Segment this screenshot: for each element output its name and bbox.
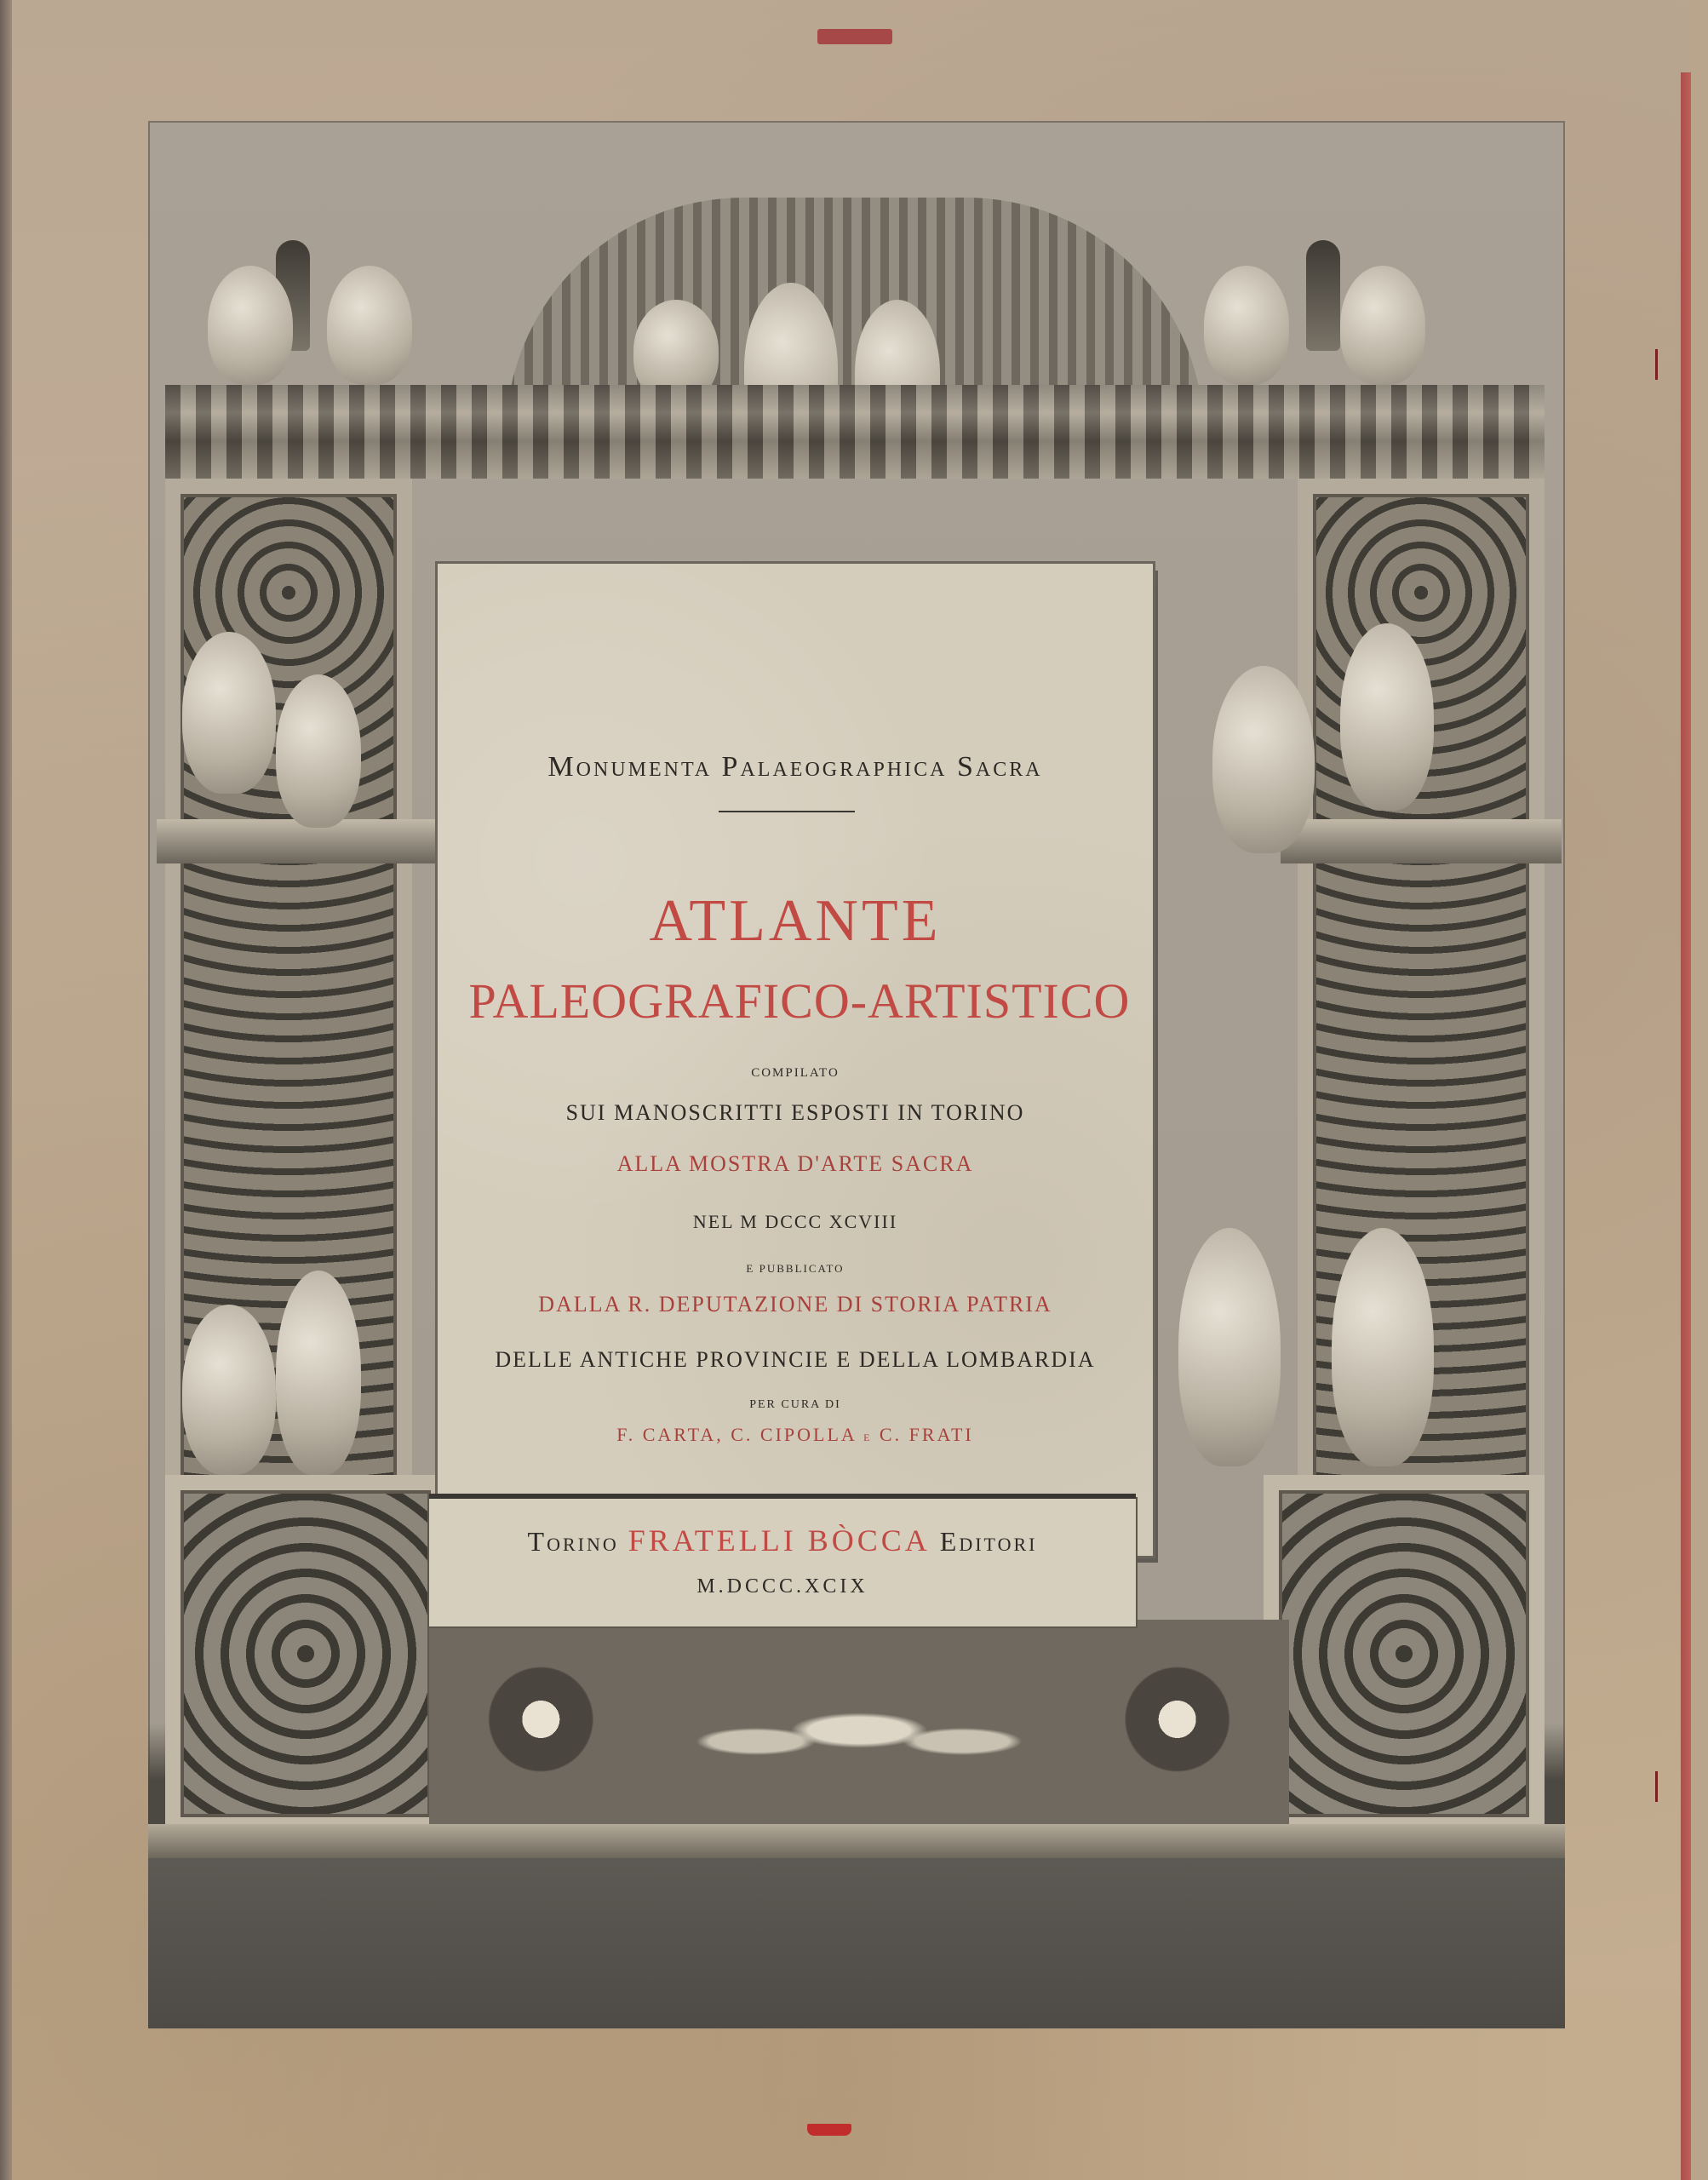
main-title-line2: PALEOGRAFICO-ARTISTICO <box>421 972 1178 1030</box>
floor <box>148 1858 1565 2028</box>
title-tablet: Monumenta Palaeographica Sacra ATLANTE P… <box>438 564 1153 1556</box>
book-left-edge <box>0 0 12 2180</box>
book-cover-board: Monumenta Palaeographica Sacra ATLANTE P… <box>12 0 1691 2180</box>
cherub-figure <box>1332 1228 1434 1466</box>
publisher-city: Torino <box>528 1526 619 1557</box>
cherub-figure <box>327 266 412 385</box>
left-ledge <box>157 819 438 863</box>
cherub-figure <box>182 1305 276 1475</box>
right-pilaster <box>1298 479 1545 1620</box>
plinth <box>148 1824 1565 1858</box>
cornice <box>165 385 1545 479</box>
provinces-line: DELLE ANTICHE PROVINCIE E DELLA LOMBARDI… <box>421 1347 1170 1373</box>
red-spine-edge <box>1681 72 1691 2180</box>
main-title-line1: ATLANTE <box>438 887 1153 955</box>
engraved-plate: Monumenta Palaeographica Sacra ATLANTE P… <box>148 121 1565 2028</box>
cherub-figure <box>1340 266 1425 385</box>
red-tab-bottom <box>807 2124 851 2136</box>
red-tab-top <box>817 29 892 44</box>
cherub-figure <box>208 266 293 385</box>
editor-carta: F. CARTA, <box>616 1424 723 1445</box>
editor-frati: C. FRATI <box>880 1424 974 1445</box>
manuscripts-line: SUI MANOSCRITTI ESPOSTI IN TORINO <box>438 1100 1153 1126</box>
cherub-figure <box>1178 1228 1281 1466</box>
cherub-figure <box>1212 666 1315 853</box>
per-cura-label: PER CURA DI <box>438 1398 1153 1412</box>
editors-line: F. CARTA, C. CIPOLLA E C. FRATI <box>438 1424 1153 1446</box>
deputation-line: DALLA R. DEPUTAZIONE DI STORIA PATRIA <box>438 1292 1153 1317</box>
publisher-label: Torino FRATELLI BÒCCA Editori M.DCCC.XCI… <box>429 1499 1136 1626</box>
conjunction: E <box>863 1431 872 1443</box>
publication-year: M.DCCC.XCIX <box>429 1575 1136 1598</box>
compilato-label: COMPILATO <box>438 1066 1153 1081</box>
publisher-name: FRATELLI BÒCCA <box>628 1523 931 1558</box>
tick-mark <box>1655 349 1658 380</box>
cherub-figure <box>276 674 361 828</box>
cherub-figure <box>182 632 276 794</box>
bottom-frieze-relief <box>429 1620 1289 1841</box>
publisher-line: Torino FRATELLI BÒCCA Editori <box>429 1523 1136 1558</box>
cherub-figure <box>1340 623 1434 811</box>
editor-cipolla: C. CIPOLLA <box>731 1424 856 1445</box>
tick-mark <box>1655 1771 1658 1802</box>
left-base-relief <box>165 1475 446 1833</box>
right-ledge <box>1281 819 1562 863</box>
series-title: Monumenta Palaeographica Sacra <box>438 751 1153 783</box>
right-base-relief <box>1264 1475 1545 1833</box>
pubblicato-label: E PUBBLICATO <box>438 1262 1153 1276</box>
exhibition-line: ALLA MOSTRA D'ARTE SACRA <box>438 1151 1153 1177</box>
cherub-figure <box>1204 266 1289 385</box>
cherub-figure <box>276 1271 361 1475</box>
year-line: NEL M DCCC XCVIII <box>438 1211 1153 1233</box>
publisher-role: Editori <box>940 1526 1038 1557</box>
torch-finial-icon <box>1306 240 1340 351</box>
divider-rule <box>719 811 855 812</box>
